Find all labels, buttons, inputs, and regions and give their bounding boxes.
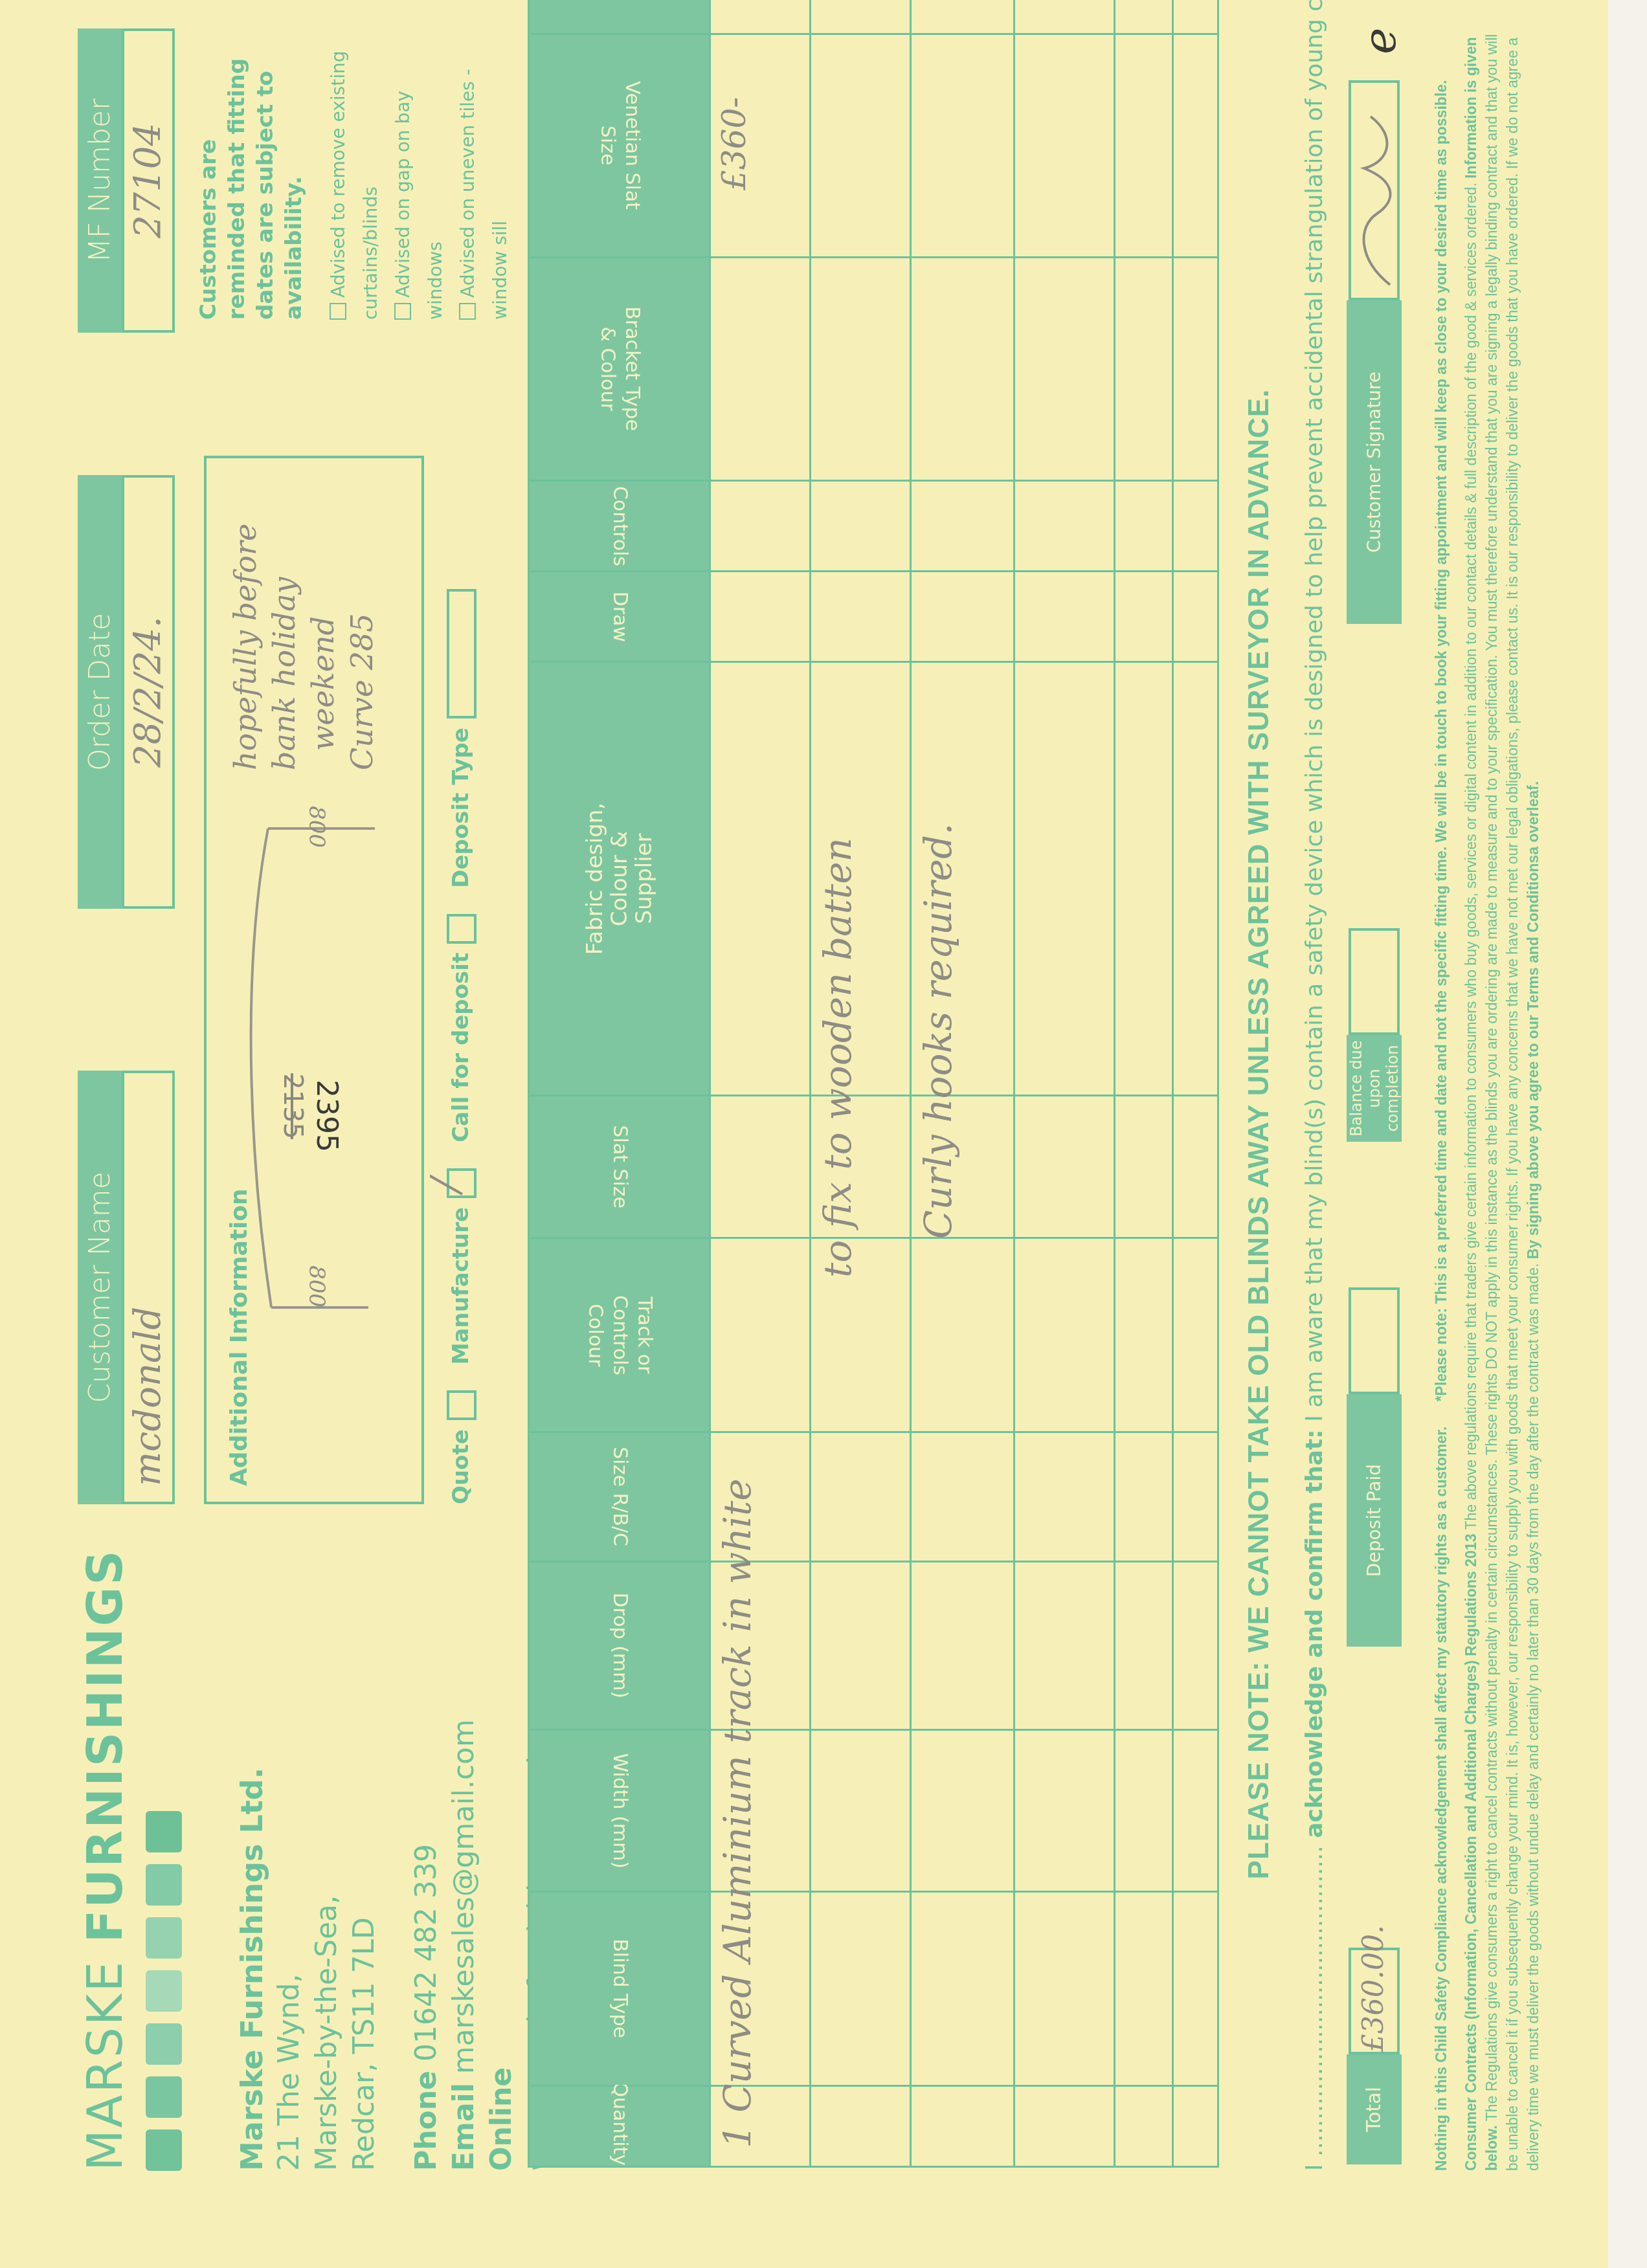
table-cell[interactable] xyxy=(811,1432,911,1562)
table-row xyxy=(1014,0,1115,2167)
table-cell[interactable] xyxy=(1173,0,1218,34)
fabric-swatch-icon xyxy=(146,1970,182,2012)
column-header: Venetian Slat Size xyxy=(529,34,710,258)
table-cell[interactable] xyxy=(1014,1432,1115,1562)
acknowledgement-name-blank[interactable]: I ......................................… xyxy=(1301,1845,1328,2171)
manufacture-checkbox[interactable] xyxy=(447,1168,476,1198)
table-cell[interactable] xyxy=(1115,481,1173,572)
table-cell[interactable] xyxy=(911,1892,1014,2086)
fabric-swatches xyxy=(146,1718,185,2171)
column-header: Blind Type xyxy=(529,1892,710,2086)
advice-remove-curtains[interactable]: Advised to remove existing curtains/blin… xyxy=(322,22,387,320)
line-item-1-price[interactable]: £360- xyxy=(715,97,753,190)
column-header: Slat Size xyxy=(529,1096,710,1238)
table-cell[interactable] xyxy=(1115,1432,1173,1562)
table-cell[interactable] xyxy=(1173,662,1218,1096)
additional-info-box[interactable]: Additional Information 800 2135 2395 800… xyxy=(204,456,424,1504)
table-cell[interactable] xyxy=(911,34,1014,258)
statutory-rights-note: Nothing in this Child Safety Compliance … xyxy=(1433,1427,1450,2171)
advice-bay-gap[interactable]: Advised on gap on bay windows xyxy=(387,22,452,320)
corner-handwritten-mark: e xyxy=(1353,28,1406,54)
customer-name-field[interactable]: Customer Name mcdonald xyxy=(78,1071,175,1504)
column-header: Drop (mm) xyxy=(529,1562,710,1730)
table-cell[interactable] xyxy=(710,1238,811,1432)
total-label: Total xyxy=(1347,2054,1402,2164)
order-date-value[interactable]: 28/2/24. xyxy=(122,475,175,909)
advice-checklist: Advised to remove existing curtains/blin… xyxy=(322,22,517,320)
table-cell[interactable] xyxy=(710,0,811,34)
table-cell[interactable] xyxy=(1014,1096,1115,1238)
table-cell[interactable] xyxy=(1173,1562,1218,1730)
table-cell[interactable] xyxy=(1115,1730,1173,1892)
address-line-1: 21 The Wynd, xyxy=(271,1653,308,2171)
call-for-deposit-option[interactable]: Call for deposit xyxy=(447,914,476,1142)
sketch-dimension-right: 800 xyxy=(304,806,330,848)
company-name: Marske Furnishings Ltd. xyxy=(233,1653,271,2171)
terms-link[interactable]: By signing above you agree to our Terms … xyxy=(1525,781,1541,1259)
address-line-2: Marske-by-the-Sea, xyxy=(308,1653,346,2171)
deposit-type-option[interactable]: Deposit Type xyxy=(447,589,476,888)
fabric-swatch-icon xyxy=(146,1917,182,1959)
fabric-swatch-icon xyxy=(146,2076,182,2118)
order-date-label: Order Date xyxy=(78,475,123,909)
table-cell[interactable] xyxy=(1014,1562,1115,1730)
table-cell[interactable] xyxy=(811,1892,911,2086)
balance-due-input[interactable] xyxy=(1349,928,1400,1035)
mf-number-field[interactable]: MF Number 27104 xyxy=(78,28,175,333)
table-cell[interactable] xyxy=(1014,481,1115,572)
table-cell[interactable] xyxy=(1173,1238,1218,1432)
table-cell[interactable] xyxy=(710,572,811,662)
brand-logo: MARSKE FURNISHINGS xyxy=(78,1549,133,2171)
deposit-paid-input[interactable] xyxy=(1349,1287,1400,1394)
fine-print: Nothing in this Child Safety Compliance … xyxy=(1431,28,1543,2171)
advice-checkbox-1[interactable] xyxy=(330,303,346,320)
signature-scribble-icon xyxy=(1351,78,1402,298)
table-cell[interactable] xyxy=(1014,2086,1115,2167)
column-header: Quantity xyxy=(529,2086,710,2167)
table-cell[interactable] xyxy=(1173,1892,1218,2086)
mf-number-value[interactable]: 27104 xyxy=(122,28,175,333)
table-cell[interactable] xyxy=(710,1096,811,1238)
sketch-dimension-left: 800 xyxy=(304,1265,330,1307)
table-cell[interactable] xyxy=(1173,481,1218,572)
table-cell[interactable] xyxy=(911,2086,1014,2167)
table-row xyxy=(1173,0,1218,2167)
sketch-dimension-width: 2395 xyxy=(310,1080,343,1152)
quote-checkbox[interactable] xyxy=(447,1390,476,1420)
total-value[interactable]: £360.00. xyxy=(1349,1948,1400,2054)
table-cell[interactable] xyxy=(1173,572,1218,662)
table-cell[interactable] xyxy=(911,572,1014,662)
email-line: Email marskesales@gmail.com xyxy=(445,1653,483,2171)
table-cell[interactable] xyxy=(1014,1730,1115,1892)
fabric-swatch-icon xyxy=(146,1864,182,1906)
table-cell[interactable] xyxy=(1115,258,1173,481)
preferred-time-note: *Please note: This is a preferred time a… xyxy=(1433,80,1450,1402)
table-cell[interactable] xyxy=(811,1562,911,1730)
acknowledgement-text: I am aware that my blind(s) contain a sa… xyxy=(1301,0,1328,1422)
column-header: Fabric design, Colour & Supplier xyxy=(529,662,710,1096)
table-cell[interactable] xyxy=(1115,0,1173,34)
table-cell[interactable] xyxy=(1173,34,1218,258)
old-blinds-notice: PLEASE NOTE: WE CANNOT TAKE OLD BLINDS A… xyxy=(1243,0,1275,2268)
table-cell[interactable] xyxy=(710,481,811,572)
order-type-row: Quote Manufacture Call for deposit Depos… xyxy=(447,456,476,1504)
consumer-contracts-text: Consumer Contracts (Information, Cancell… xyxy=(1461,28,1543,2171)
line-item-2-description[interactable]: to fix to wooden batten xyxy=(816,838,860,1278)
table-cell[interactable] xyxy=(1014,258,1115,481)
table-cell[interactable] xyxy=(811,2086,911,2167)
column-header: Size R/B/C xyxy=(529,1432,710,1562)
company-address: Marske Furnishings Ltd. 21 The Wynd, Mar… xyxy=(233,1653,558,2171)
table-cell[interactable] xyxy=(1115,34,1173,258)
quote-option[interactable]: Quote xyxy=(447,1390,476,1504)
order-lines-table: QuantityBlind TypeWidth (mm)Drop (mm)Siz… xyxy=(528,0,1219,2168)
line-item-4-description[interactable]: Curly hooks required. xyxy=(916,823,960,1239)
table-cell[interactable] xyxy=(1115,2086,1173,2167)
table-cell[interactable] xyxy=(1014,662,1115,1096)
handwritten-notes: hopefully before bank holiday weekend Cu… xyxy=(226,524,381,770)
table-cell[interactable] xyxy=(1115,1238,1173,1432)
column-header: Width (mm) xyxy=(529,1730,710,1892)
fabric-swatch-icon xyxy=(146,2023,182,2065)
table-cell[interactable] xyxy=(1014,1238,1115,1432)
table-cell[interactable] xyxy=(1173,1432,1218,1562)
brand-name-bold: FURNISHINGS xyxy=(78,1549,133,1943)
table-cell[interactable] xyxy=(911,481,1014,572)
table-cell[interactable] xyxy=(1014,0,1115,34)
manufacture-option[interactable]: Manufacture xyxy=(447,1168,476,1364)
table-cell[interactable] xyxy=(911,258,1014,481)
customer-signature-input[interactable] xyxy=(1349,80,1400,300)
balance-due-label: Balance due upon completion xyxy=(1347,1035,1402,1142)
table-cell[interactable] xyxy=(1115,662,1173,1096)
phone-line: Phone 01642 482 339 xyxy=(408,1653,445,2171)
table-cell[interactable] xyxy=(911,1432,1014,1562)
table-cell[interactable] xyxy=(811,481,911,572)
table-cell[interactable] xyxy=(911,1238,1014,1432)
spiral-swatch-icon xyxy=(146,1811,182,1852)
table-cell[interactable] xyxy=(911,1562,1014,1730)
advice-checkbox-2[interactable] xyxy=(394,303,411,320)
customer-name-label: Customer Name xyxy=(78,1071,123,1504)
brand-name-light: MARSKE xyxy=(78,1960,133,2171)
column-header: Track or Controls Colour xyxy=(529,1238,710,1432)
column-header: Controls xyxy=(529,481,710,572)
table-cell[interactable] xyxy=(1014,34,1115,258)
order-date-field[interactable]: Order Date 28/2/24. xyxy=(78,475,175,909)
deposit-type-input[interactable] xyxy=(447,589,476,718)
acknowledgement-line: I ......................................… xyxy=(1301,35,1328,2171)
sketch-dimension-crossed: 2135 xyxy=(278,1073,308,1139)
table-cell[interactable] xyxy=(911,0,1014,34)
advice-uneven-tiles[interactable]: Advised on uneven tiles - window sill xyxy=(452,22,517,320)
customer-signature-label: Customer Signature xyxy=(1347,300,1402,624)
reminder-text: Customers are reminded that fitting date… xyxy=(194,22,308,320)
acknowledgement-bold: acknowledge and confirm that: xyxy=(1301,1429,1328,1838)
address-line-3: Redcar, TS11 7LD xyxy=(346,1653,383,2171)
table-cell[interactable] xyxy=(1115,1562,1173,1730)
table-cell[interactable] xyxy=(1014,572,1115,662)
email-link[interactable]: marskesales@gmail.com xyxy=(447,1719,480,2074)
table-cell[interactable] xyxy=(811,572,911,662)
fabric-swatch-icon xyxy=(146,2129,182,2171)
table-cell[interactable] xyxy=(1115,1096,1173,1238)
table-cell[interactable] xyxy=(1173,258,1218,481)
advice-checkbox-3[interactable] xyxy=(459,303,476,320)
phone-number: 01642 482 339 xyxy=(410,1844,443,2062)
line-item-1-description[interactable]: 1 Curved Aluminium track in white xyxy=(715,1478,759,2148)
totals-row: Total £360.00. Deposit Paid Balance due … xyxy=(1347,80,1402,2164)
column-header: Draw xyxy=(529,572,710,662)
deposit-paid-label: Deposit Paid xyxy=(1347,1394,1402,1647)
table-row xyxy=(1115,0,1173,2167)
call-for-deposit-checkbox[interactable] xyxy=(447,914,476,944)
table-cell[interactable] xyxy=(811,34,911,258)
table-cell[interactable] xyxy=(710,662,811,1096)
table-cell[interactable] xyxy=(710,258,811,481)
table-cell[interactable] xyxy=(1173,2086,1218,2167)
mf-number-label: MF Number xyxy=(78,28,123,333)
table-cell[interactable] xyxy=(811,0,911,34)
table-cell[interactable] xyxy=(1115,572,1173,662)
table-cell[interactable] xyxy=(811,258,911,481)
table-cell[interactable] xyxy=(1173,1096,1218,1238)
customer-name-value[interactable]: mcdonald xyxy=(122,1071,175,1504)
table-cell[interactable] xyxy=(811,1730,911,1892)
order-form-sheet: MARSKE FURNISHINGS Marske Furnishings Lt… xyxy=(0,0,1647,2268)
table-cell[interactable] xyxy=(1173,1730,1218,1892)
column-header: Bracket Type & Colour xyxy=(529,258,710,481)
table-header-row: QuantityBlind TypeWidth (mm)Drop (mm)Siz… xyxy=(529,0,710,2167)
table-cell[interactable] xyxy=(911,1730,1014,1892)
column-header: Room xyxy=(529,0,710,34)
table-cell[interactable] xyxy=(1014,1892,1115,2086)
table-cell[interactable] xyxy=(1115,1892,1173,2086)
